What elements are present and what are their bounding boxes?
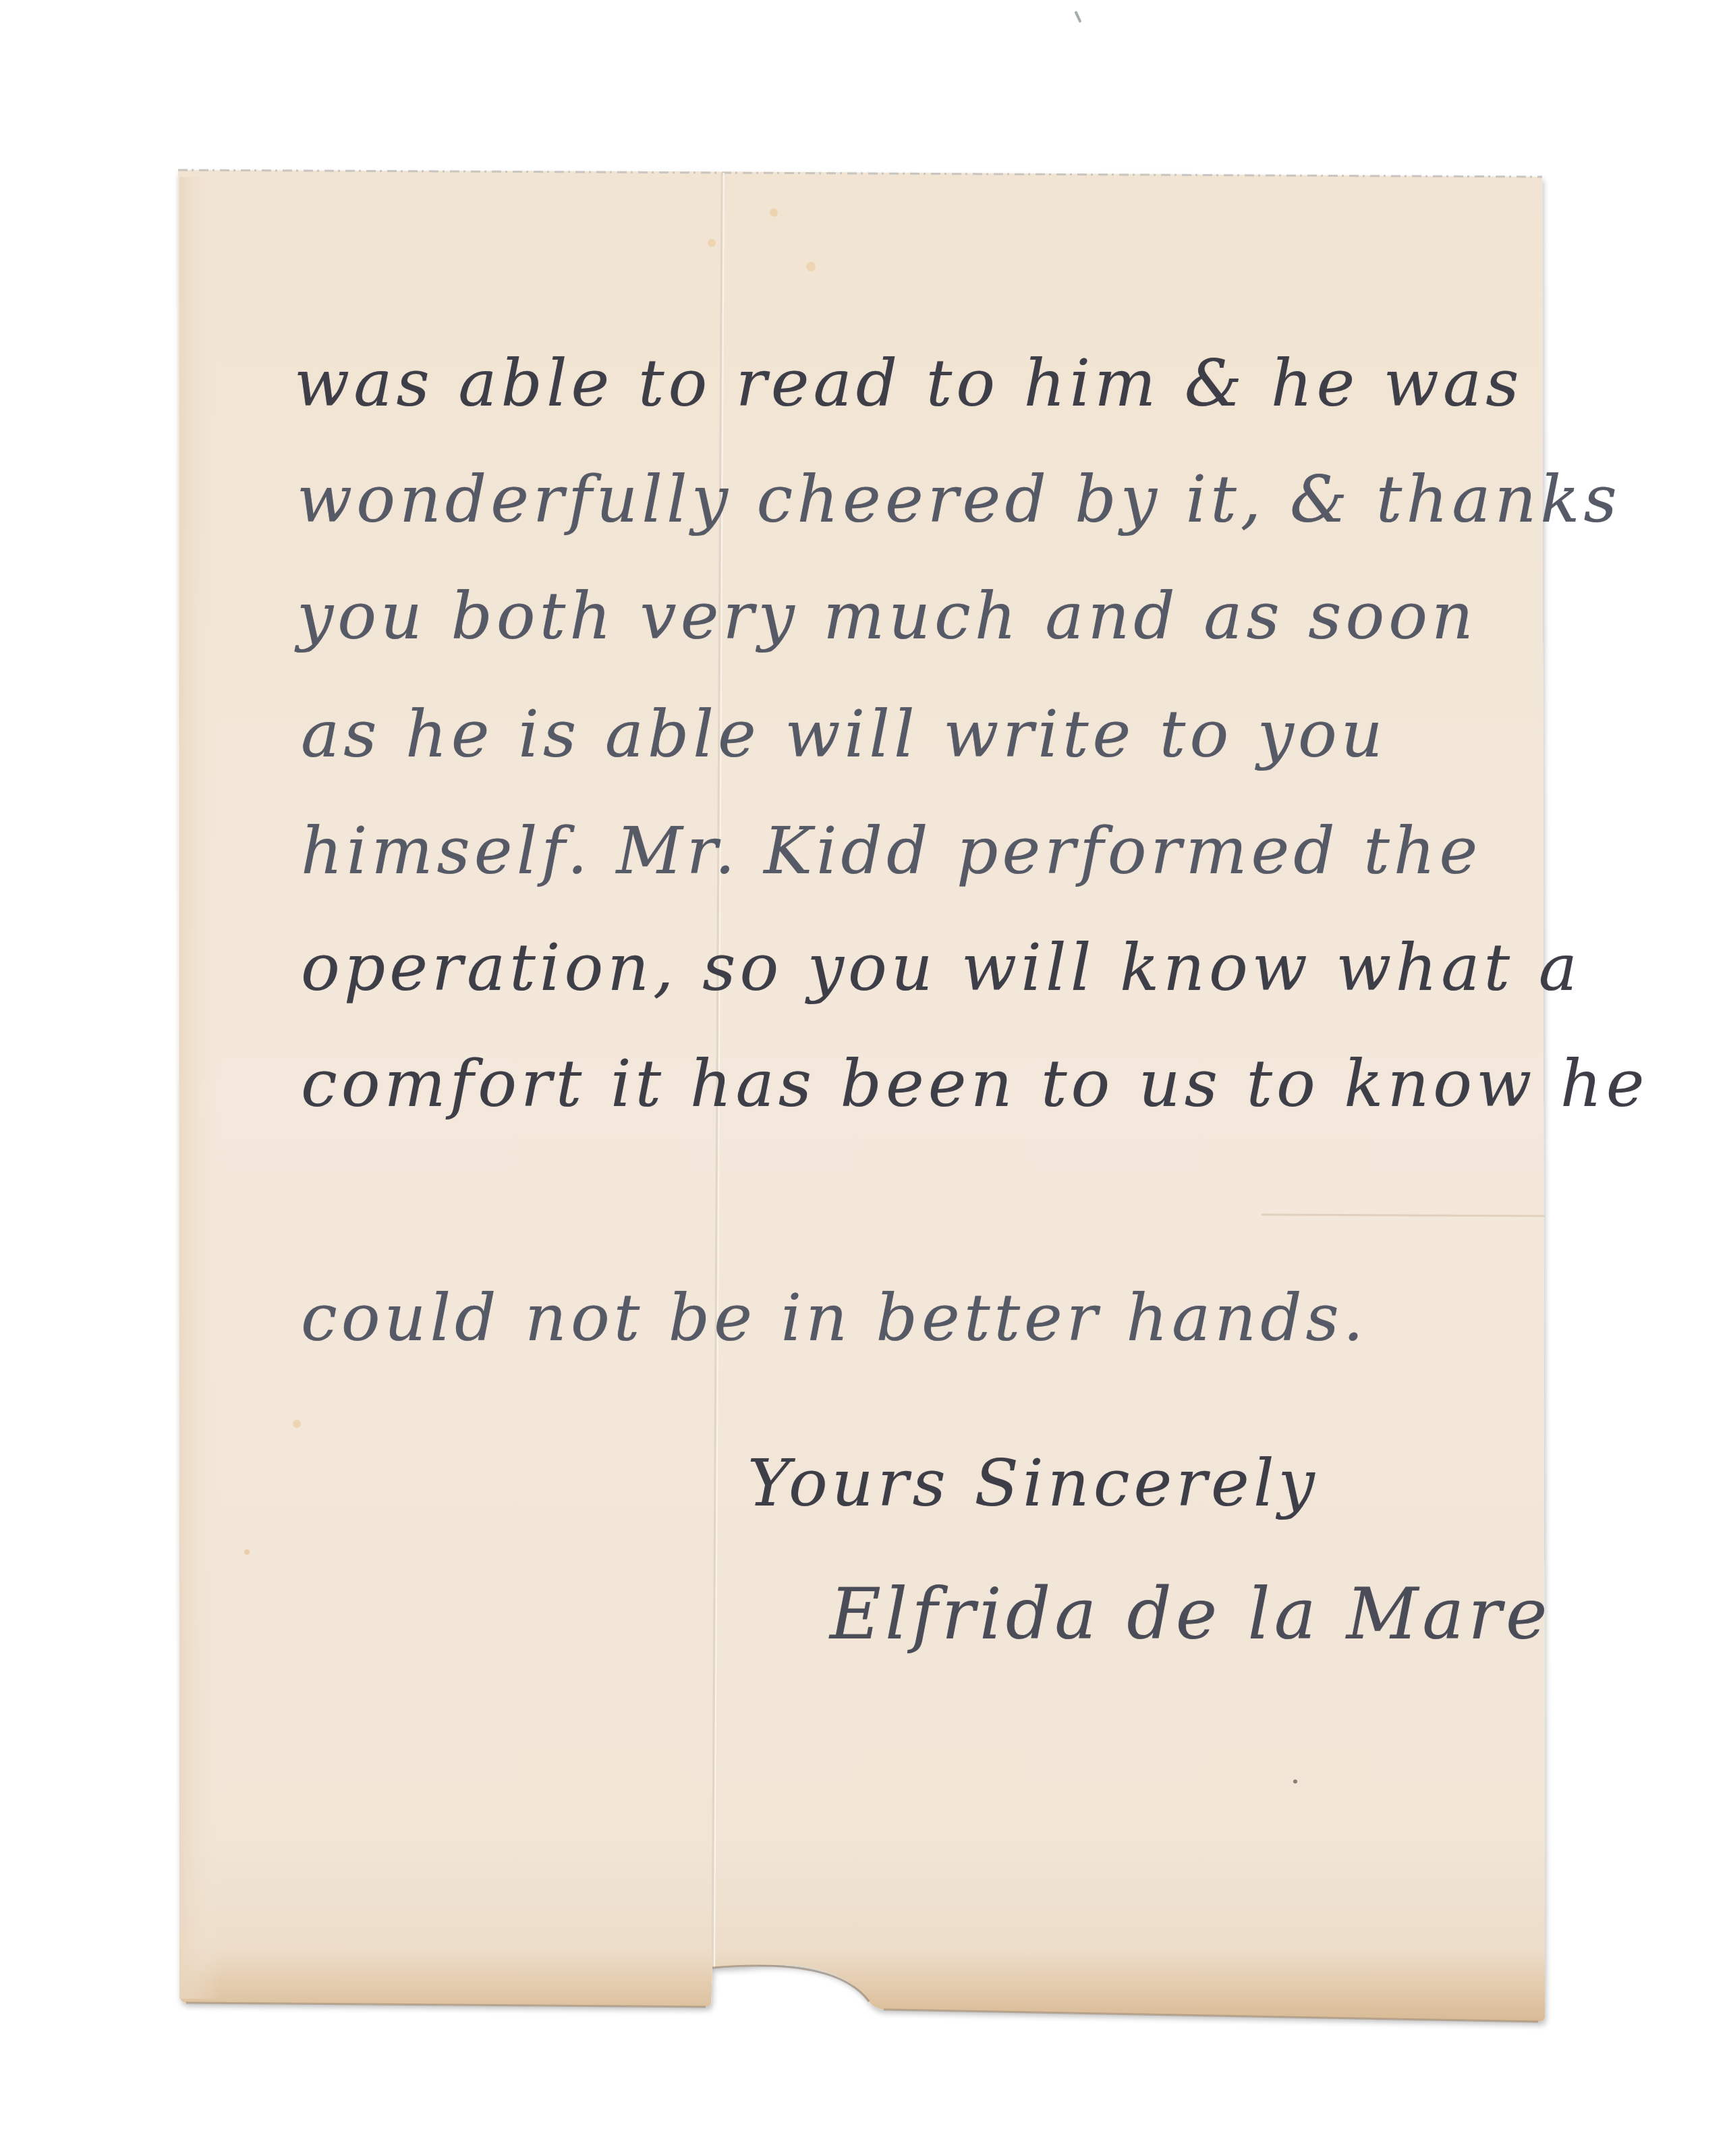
- letter-line-2: wonderfully cheered by it, & thanks: [297, 467, 1621, 532]
- foxing-spot: [244, 1549, 250, 1555]
- letter-line-1: was able to read to him & he was: [294, 351, 1523, 416]
- letter-line-3: you both very much and as soon: [297, 584, 1477, 648]
- letter-line-7: comfort it has been to us to know he: [301, 1051, 1648, 1116]
- foxing-spot: [708, 239, 716, 247]
- letter-line-8: could not be in better hands.: [301, 1286, 1367, 1350]
- foxing-spot: [293, 1420, 301, 1428]
- letter-signature: Elfrida de la Mare: [830, 1579, 1552, 1649]
- letter-closing: Yours Sincerely: [747, 1451, 1319, 1516]
- letter-line-5: himself. Mr. Kidd performed the: [301, 819, 1481, 883]
- ink-speck: [1293, 1779, 1297, 1784]
- foxing-spot: [770, 209, 778, 217]
- letter-line-4: as he is able will write to you: [301, 702, 1387, 767]
- letter-line-6: operation, so you will know what a: [301, 935, 1581, 1000]
- horizontal-fold: [1262, 1215, 1545, 1216]
- foxing-spot: [806, 262, 816, 271]
- letter-photo: was able to read to him & he was wonderf…: [0, 0, 1727, 2156]
- left-edge-shade: [179, 177, 220, 1999]
- bottom-stain: [179, 1943, 1545, 2022]
